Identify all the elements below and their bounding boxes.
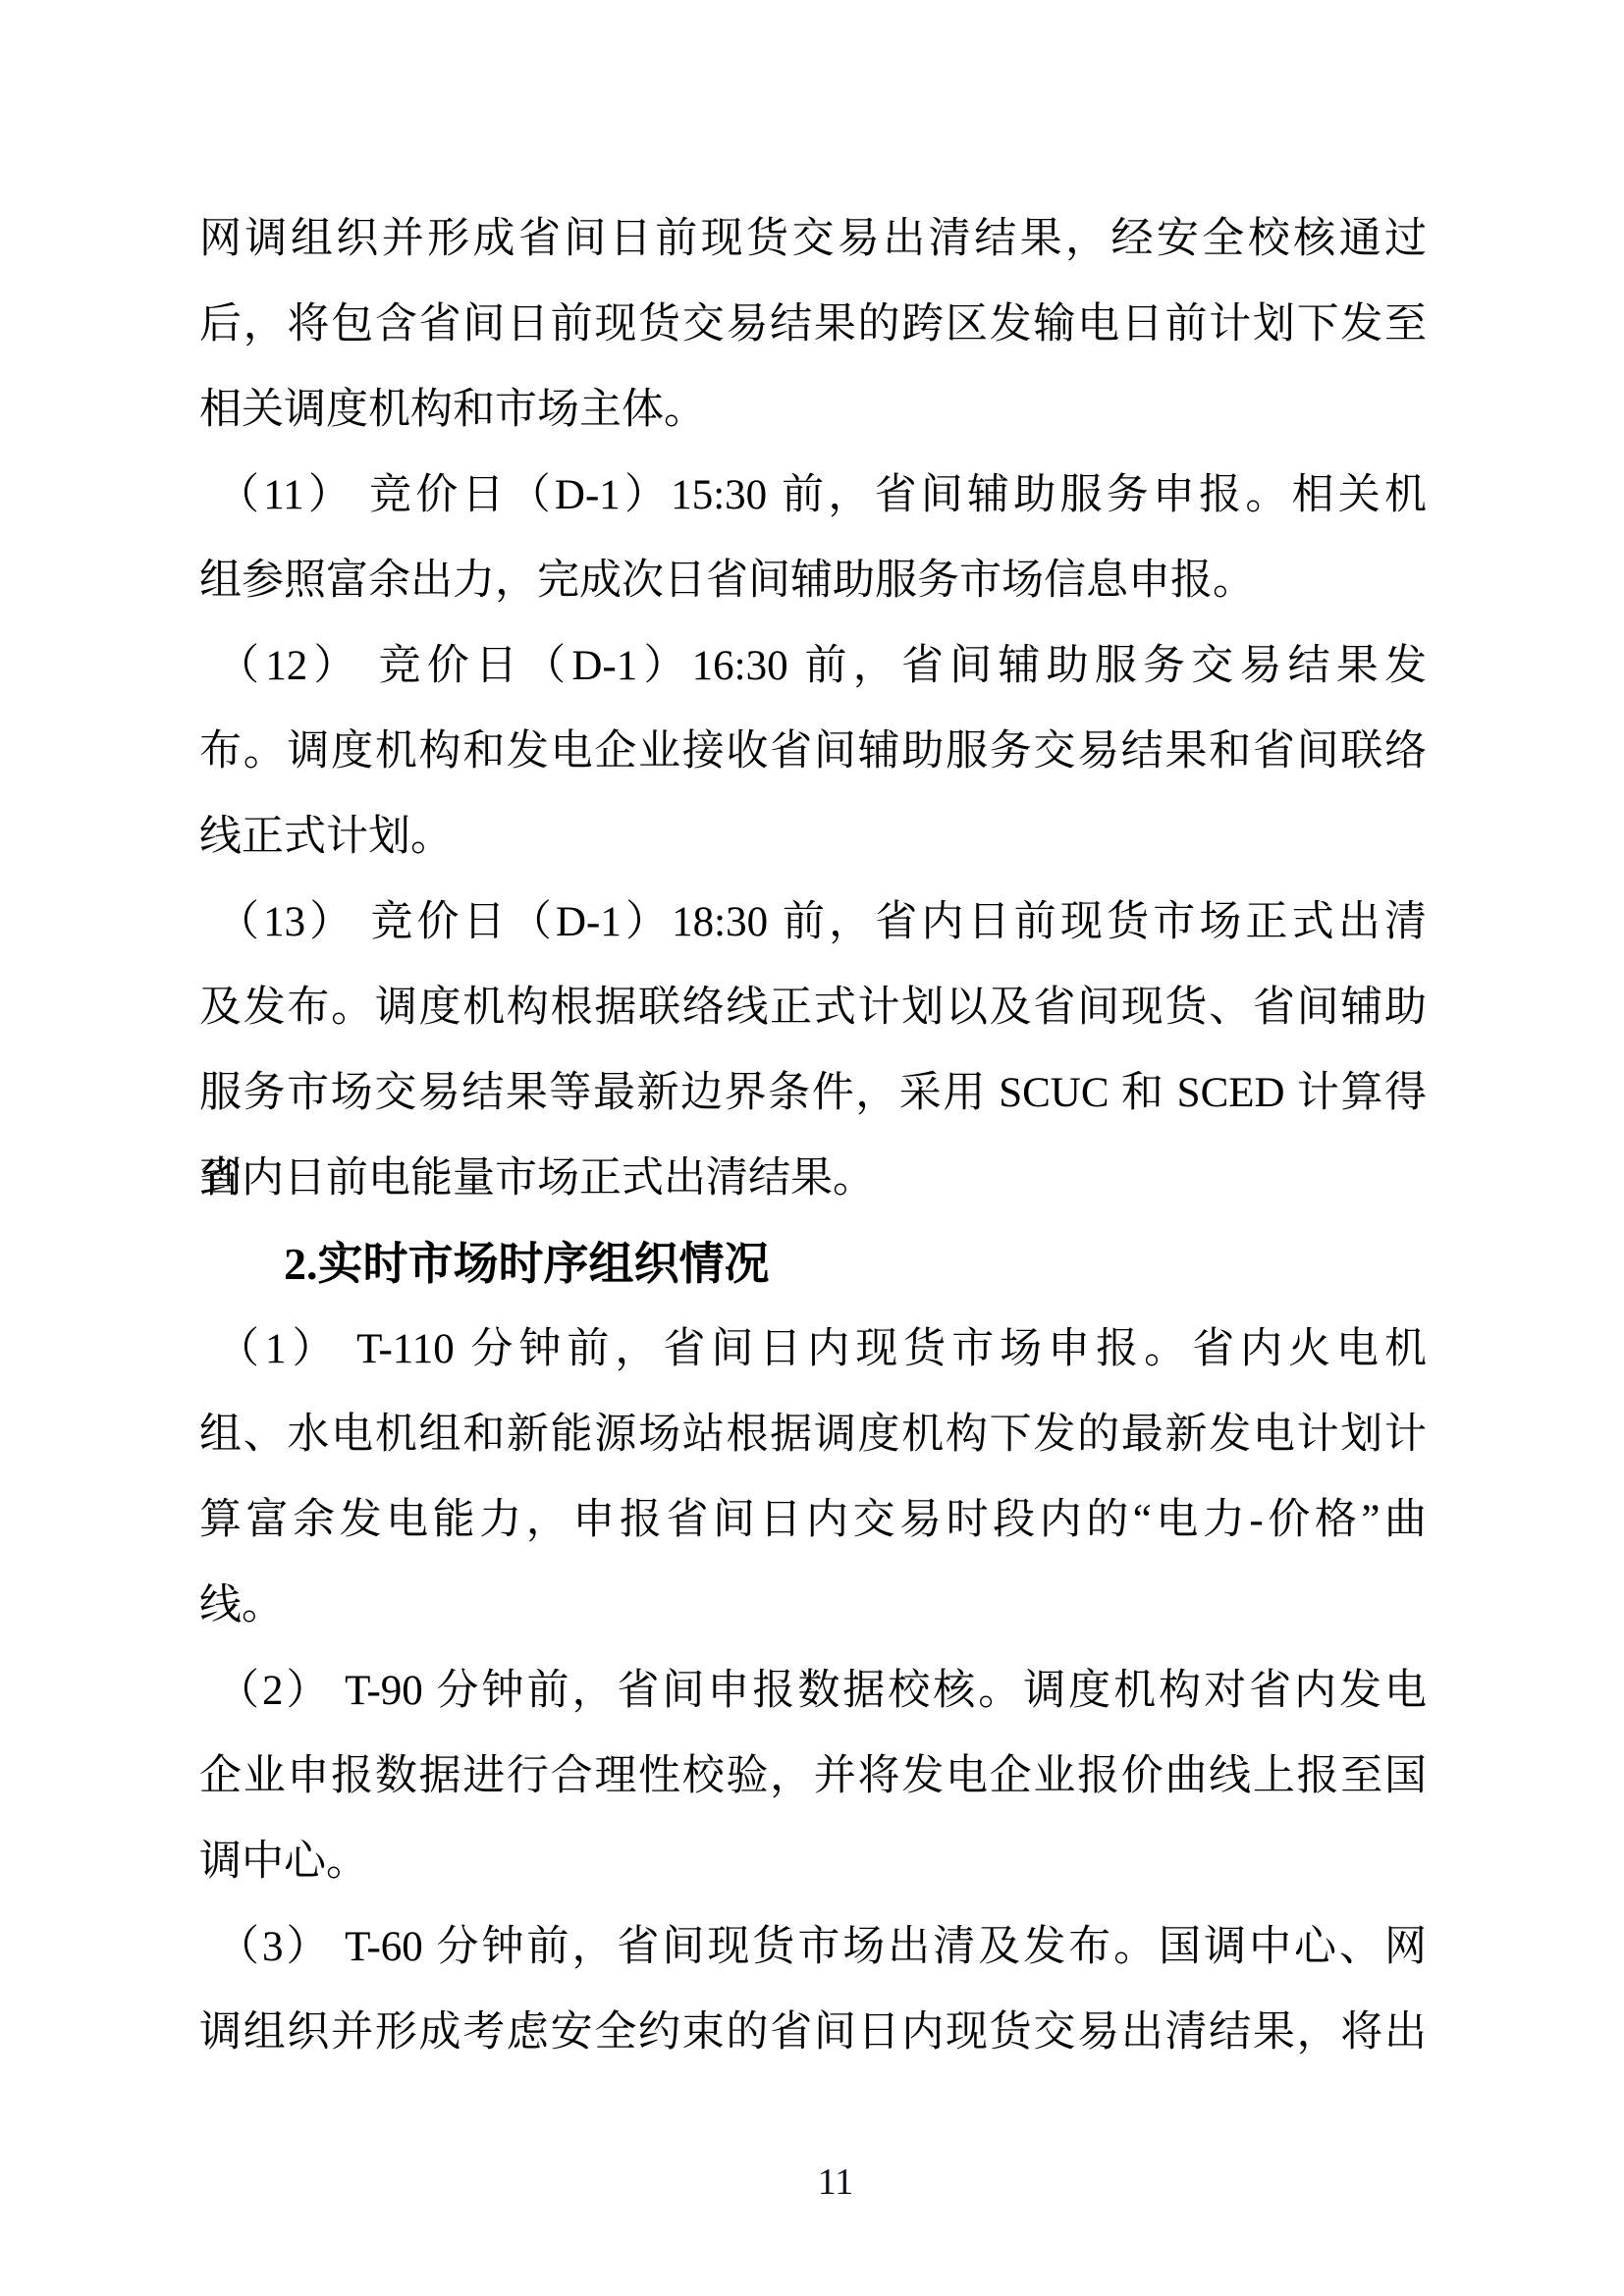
text-line: 算富余发电能力，申报省间日内交易时段内的“电力-价格”曲: [199, 1477, 1427, 1563]
text-line: 组参照富余出力，完成次日省间辅助服务市场信息申报。: [199, 538, 1427, 623]
text-line: 线正式计划。: [199, 794, 1427, 880]
text-line: 服务市场交易结果等最新边界条件，采用 SCUC 和 SCED 计算得到: [199, 1050, 1427, 1136]
text-line-item-11: （11） 竞价日（D-1）15:30 前，省间辅助服务申报。相关机: [199, 453, 1427, 538]
text-line: 后，将包含省间日前现货交易结果的跨区发输电日前计划下发至: [199, 282, 1427, 367]
text-line-item-3: （3） T-60 分钟前，省间现货市场出清及发布。国调中心、网: [199, 1904, 1427, 1990]
text-line-item-12: （12） 竞价日（D-1）16:30 前，省间辅助服务交易结果发: [199, 623, 1427, 709]
text-line: 线。: [199, 1563, 1427, 1648]
text-line-item-1: （1） T-110 分钟前，省间日内现货市场申报。省内火电机: [199, 1307, 1427, 1392]
document-body: 网调组织并形成省间日前现货交易出清结果，经安全校核通过 后，将包含省间日前现货交…: [199, 196, 1427, 2075]
section-heading: 2.实时市场时序组织情况: [199, 1221, 1427, 1307]
text-line: 省内日前电能量市场正式出清结果。: [199, 1136, 1427, 1221]
document-page: 网调组织并形成省间日前现货交易出清结果，经安全校核通过 后，将包含省间日前现货交…: [0, 0, 1624, 2296]
text-line: 及发布。调度机构根据联络线正式计划以及省间现货、省间辅助: [199, 965, 1427, 1050]
text-line: 组、水电机组和新能源场站根据调度机构下发的最新发电计划计: [199, 1392, 1427, 1477]
text-line: 布。调度机构和发电企业接收省间辅助服务交易结果和省间联络: [199, 709, 1427, 794]
text-line: 相关调度机构和市场主体。: [199, 367, 1427, 453]
text-line: 调中心。: [199, 1819, 1427, 1904]
text-line: 企业申报数据进行合理性校验，并将发电企业报价曲线上报至国: [199, 1734, 1427, 1819]
text-line-item-13: （13） 竞价日（D-1）18:30 前，省内日前现货市场正式出清: [199, 880, 1427, 965]
text-line: 网调组织并形成省间日前现货交易出清结果，经安全校核通过: [199, 196, 1427, 282]
text-line: 调组织并形成考虑安全约束的省间日内现货交易出清结果，将出: [199, 1990, 1427, 2075]
text-line-item-2: （2） T-90 分钟前，省间申报数据校核。调度机构对省内发电: [199, 1648, 1427, 1734]
page-number: 11: [818, 2158, 854, 2207]
